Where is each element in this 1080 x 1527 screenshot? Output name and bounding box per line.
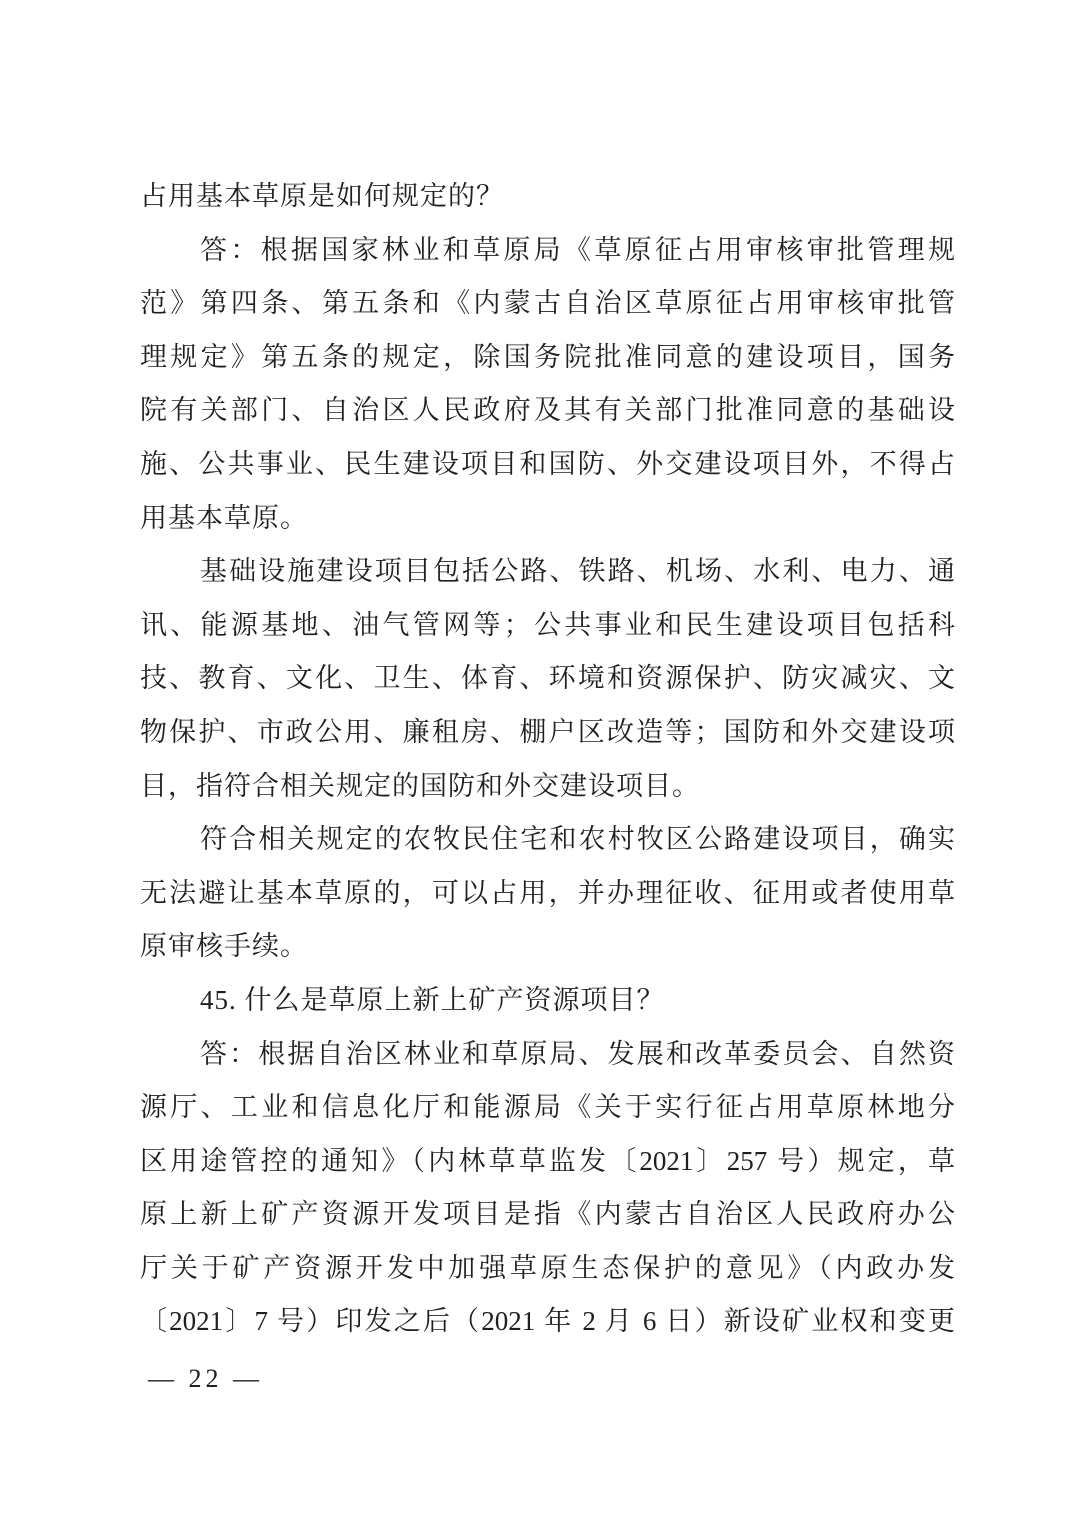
- text-line: 原上新上矿产资源开发项目是指《内蒙古自治区人民政府办公: [140, 1188, 955, 1242]
- text-line: 目，指符合相关规定的国防和外交建设项目。: [140, 760, 955, 814]
- text-line: 答：根据自治区林业和草原局、发展和改革委员会、自然资: [140, 1028, 955, 1082]
- text-line: 符合相关规定的农牧民住宅和农村牧区公路建设项目，确实: [140, 813, 955, 867]
- text-line: 技、教育、文化、卫生、体育、环境和资源保护、防灾减灾、文: [140, 652, 955, 706]
- question-heading-line: 45. 什么是草原上新上矿产资源项目？: [140, 974, 955, 1028]
- text-line: 原审核手续。: [140, 920, 955, 974]
- text-line: 讯、能源基地、油气管网等；公共事业和民生建设项目包括科: [140, 599, 955, 653]
- text-line: 理规定》第五条的规定，除国务院批准同意的建设项目，国务: [140, 331, 955, 385]
- text-line: 源厅、工业和信息化厅和能源局《关于实行征占用草原林地分: [140, 1081, 955, 1135]
- text-block: 占用基本草原是如何规定的？ 答：根据国家林业和草原局《草原征占用审核审批管理规 …: [140, 170, 955, 1349]
- text-line: 无法避让基本草原的，可以占用，并办理征收、征用或者使用草: [140, 867, 955, 921]
- text-line: 基础设施建设项目包括公路、铁路、机场、水利、电力、通: [140, 545, 955, 599]
- page-number: — 22 —: [148, 1352, 263, 1406]
- text-line: 厅关于矿产资源开发中加强草原生态保护的意见》（内政办发: [140, 1242, 955, 1296]
- text-line: 区用途管控的通知》（内林草草监发〔2021〕257 号）规定，草: [140, 1135, 955, 1189]
- text-line: 院有关部门、自治区人民政府及其有关部门批准同意的基础设: [140, 384, 955, 438]
- text-line: 〔2021〕7 号）印发之后（2021 年 2 月 6 日）新设矿业权和变更: [140, 1295, 955, 1349]
- text-line: 用基本草原。: [140, 492, 955, 546]
- document-page: 占用基本草原是如何规定的？ 答：根据国家林业和草原局《草原征占用审核审批管理规 …: [0, 0, 1080, 1527]
- text-line: 物保护、市政公用、廉租房、棚户区改造等；国防和外交建设项: [140, 706, 955, 760]
- text-line: 施、公共事业、民生建设项目和国防、外交建设项目外，不得占: [140, 438, 955, 492]
- text-line: 范》第四条、第五条和《内蒙古自治区草原征占用审核审批管: [140, 277, 955, 331]
- text-line: 答：根据国家林业和草原局《草原征占用审核审批管理规: [140, 224, 955, 278]
- text-line: 占用基本草原是如何规定的？: [140, 170, 955, 224]
